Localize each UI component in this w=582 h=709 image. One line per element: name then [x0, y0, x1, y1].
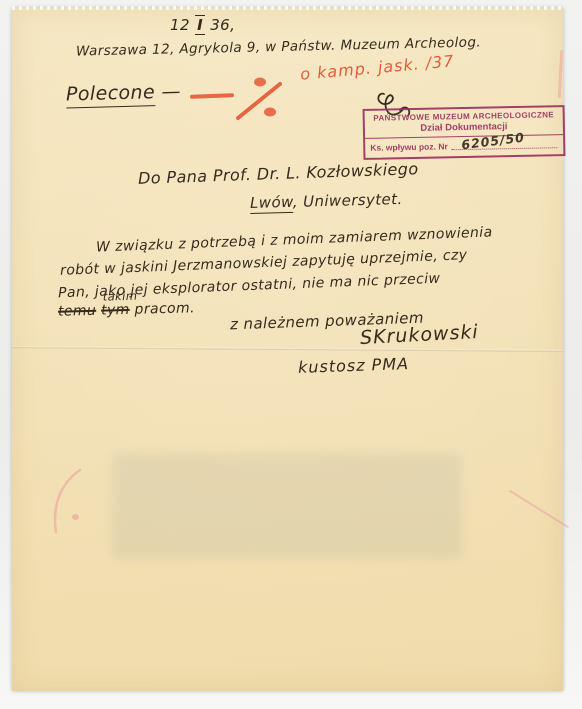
signature-title: kustosz PMA	[298, 354, 410, 377]
date-roman-month: I	[195, 15, 205, 35]
pink-pencil-arc	[46, 466, 86, 536]
torn-paper-edge	[12, 6, 563, 10]
stamp-entry-label: Ks. wpływu poz. Nr	[370, 141, 448, 152]
stamp-entry-row: Ks. wpływu poz. Nr 6205/50	[365, 134, 563, 158]
struck-word-2: tym	[101, 302, 130, 319]
correction-group: takim tym	[101, 302, 130, 319]
ink-dash: —	[161, 80, 181, 103]
red-percent-checkmark	[224, 70, 294, 126]
date-year: 36,	[210, 16, 235, 34]
inserted-word: takim	[103, 289, 138, 304]
registered-mail-label: Polecone —	[66, 80, 181, 105]
date-line: 12 I 36,	[170, 16, 235, 34]
letter-paper: 12 I 36, Warszawa 12, Agrykola 9, w Pańs…	[12, 8, 563, 691]
pink-pencil-streak	[509, 490, 569, 529]
salutation-recipient: Do Pana Prof. Dr. L. Kozłowskiego	[138, 159, 419, 188]
body-line-4-end: pracom.	[134, 300, 195, 318]
salutation-place: Lwów, Uniwersytet.	[250, 190, 403, 212]
struck-word-1: temu	[58, 303, 97, 320]
pink-pencil-dot	[72, 514, 79, 520]
museum-stamp: PAŃSTWOWE MUZEUM ARCHEOLOGICZNE Dział Do…	[363, 105, 566, 160]
pink-edge-mark	[558, 50, 564, 98]
red-filing-note: o kamp. jask. /37	[299, 51, 455, 83]
show-through-stain	[112, 454, 462, 558]
body-line-4: temu takim tym pracom.	[58, 300, 195, 320]
salutation-city: Lwów	[250, 193, 293, 214]
date-day: 12	[170, 16, 190, 34]
fold-crease	[12, 346, 563, 352]
salutation-university: , Uniwersytet.	[292, 190, 402, 211]
